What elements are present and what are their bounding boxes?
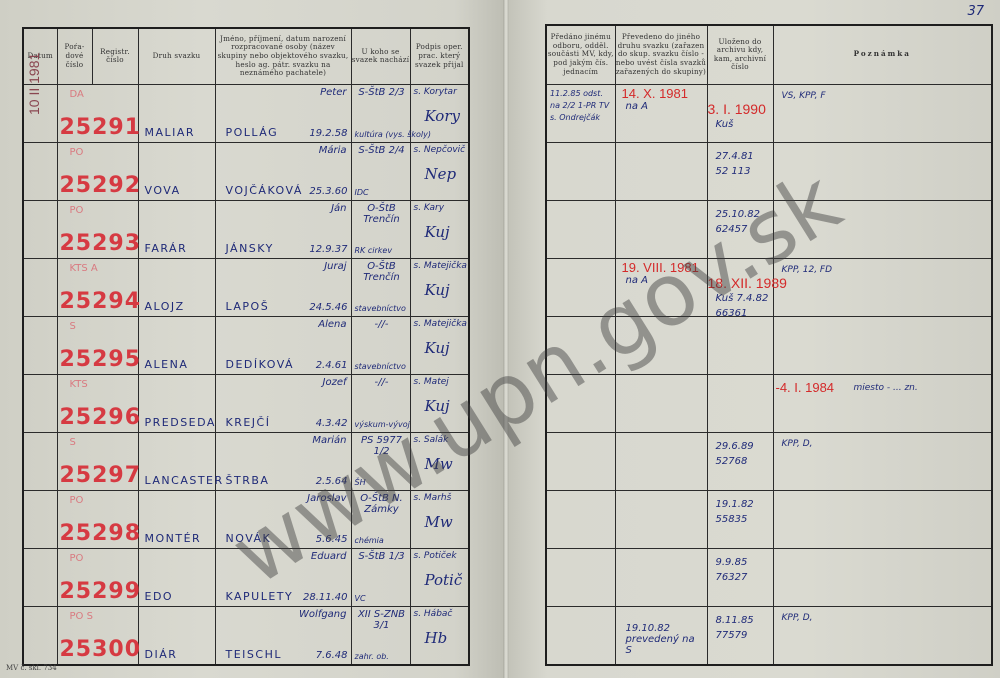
first-name: Juraj (324, 261, 346, 272)
sector: výskum-vývoj (355, 420, 410, 429)
person-cell: JozefKREJČÍ4.3.42 (215, 374, 351, 432)
surname: LAPOŠ (226, 300, 270, 313)
header-podpis: Podpis oper. prac. který svazek přijal (410, 28, 469, 84)
signature-cell: s. PotičekPotič (410, 548, 469, 606)
location-cell: O-ŠtB N. Zámkychémia (351, 490, 410, 548)
registration-cell: S25295 (57, 316, 138, 374)
surname: VOJČÁKOVÁ (226, 184, 303, 197)
sector: zahr. ob. (355, 652, 389, 661)
header-jmeno: Jméno, příjmení, datum narození rozpraco… (215, 28, 351, 84)
sector: chémia (355, 536, 384, 545)
file-codename: MALIAR (145, 126, 196, 139)
file-codename: EDO (145, 590, 174, 603)
datum-cell (23, 490, 57, 548)
location-cell: S-ŠtB 2/3kultúra (vys. školy) (351, 84, 410, 142)
register-row-continued (546, 316, 992, 374)
prevedeno-cell (615, 316, 707, 374)
datum-cell (23, 316, 57, 374)
unit: XII S-ZNB 3/1 (356, 609, 408, 631)
archive-number: 9.9.85 76327 (716, 555, 770, 585)
sector: ŠH (355, 478, 366, 487)
first-name: Mária (319, 145, 347, 156)
classification-mark: PO (70, 553, 84, 564)
person-cell: MariánŠTRBA2.5.64 (215, 432, 351, 490)
registration-number: 25299 (60, 579, 142, 604)
registration-cell: KTS25296 (57, 374, 138, 432)
datum-cell (23, 548, 57, 606)
officer-name: s. Matej (414, 377, 449, 387)
birth-date: 12.9.37 (309, 244, 347, 255)
classification-mark: S (70, 437, 76, 448)
register-row-continued: -4. I. 1984miesto - ... zn. (546, 374, 992, 432)
signature-cell: s. SalákMw (410, 432, 469, 490)
predano-cell (546, 606, 615, 665)
surname: JÁNSKY (226, 242, 274, 255)
note-text: KPP, D, (782, 613, 813, 623)
registration-number: 25295 (60, 347, 142, 372)
header-prevedeno: Převedeno do jiného druhu svazku (zařaze… (615, 25, 707, 84)
register-row-continued: 11.2.85 odst. na 2/2 1-PR TV s. Ondrejčá… (546, 84, 992, 142)
archiv-cell (707, 374, 773, 432)
registration-number: 25297 (60, 463, 142, 488)
poznamka-cell (773, 548, 992, 606)
datum-cell (23, 374, 57, 432)
classification-mark: DA (70, 89, 84, 100)
file-codename: MONTÉR (145, 532, 202, 545)
officer-signature: Nep (425, 165, 457, 183)
archive-number: 19.1.82 55835 (716, 497, 770, 527)
birth-date: 2.5.64 (316, 476, 348, 487)
datum-cell: 10 II 1981 (23, 142, 57, 200)
header-predano: Předáno jinému odboru, odděl. součásti M… (546, 25, 615, 84)
birth-date: 28.11.40 (303, 592, 348, 603)
officer-signature: Kuj (425, 339, 450, 357)
officer-name: s. Korytar (414, 87, 457, 97)
conversion-stamp: 14. X. 1981 (622, 86, 689, 101)
officer-signature: Kuj (425, 223, 450, 241)
prevedeno-cell: 19. VIII. 1981na A (615, 258, 707, 316)
druh-cell: EDO (138, 548, 215, 606)
prevedeno-cell (615, 490, 707, 548)
prevedeno-cell: 19.10.82 prevedený na S (615, 606, 707, 665)
register-row: PO25298MONTÉRJaroslavNOVÁK5.6.45O-ŠtB N.… (23, 490, 469, 548)
druh-cell: MONTÉR (138, 490, 215, 548)
signature-cell: s. KorytarKory (410, 84, 469, 142)
predano-cell (546, 258, 615, 316)
classification-mark: PO S (70, 611, 93, 622)
officer-name: s. Matejička (414, 261, 467, 271)
druh-cell: FARÁR (138, 200, 215, 258)
archive-number: 29.6.89 52768 (716, 439, 770, 469)
register-table-right: Předáno jinému odboru, odděl. součásti M… (545, 24, 993, 666)
file-codename: VOVA (145, 184, 181, 197)
signature-cell: s. MarhšMw (410, 490, 469, 548)
first-name: Alena (318, 319, 346, 330)
registration-cell: PO25298 (57, 490, 138, 548)
archiv-cell (707, 316, 773, 374)
person-cell: EduardKAPULETY28.11.40 (215, 548, 351, 606)
location-cell: -//-výskum-vývoj (351, 374, 410, 432)
file-codename: PREDSEDA (145, 416, 216, 429)
register-row-continued: 9.9.85 76327 (546, 548, 992, 606)
first-name: Peter (320, 87, 346, 98)
person-cell: JánJÁNSKY12.9.37 (215, 200, 351, 258)
register-row: DA25291MALIARPeterPOLLÁG19.2.58S-ŠtB 2/3… (23, 84, 469, 142)
first-name: Ján (331, 203, 346, 214)
archive-number: Kuš (716, 117, 770, 132)
poznamka-cell (773, 490, 992, 548)
sector: stavebníctvo (355, 362, 406, 371)
officer-name: s. Salák (414, 435, 449, 445)
note-stamp: -4. I. 1984 (776, 380, 835, 395)
unit: S-ŠtB 2/3 (356, 87, 408, 98)
register-row-continued: 19.1.82 55835 (546, 490, 992, 548)
classification-mark: PO (70, 147, 84, 158)
prevedeno-cell (615, 548, 707, 606)
archive-number: 25.10.82 62457 (716, 207, 770, 237)
officer-name: s. Marhš (414, 493, 452, 503)
predano-cell (546, 432, 615, 490)
conversion-note: na A (626, 101, 704, 112)
officer-signature: Potič (425, 571, 463, 589)
archiv-cell: 3. I. 1990Kuš (707, 84, 773, 142)
file-codename: ALOJZ (145, 300, 185, 313)
druh-cell: ALENA (138, 316, 215, 374)
datum-cell (23, 606, 57, 665)
unit: O-ŠtB Trenčín (356, 203, 408, 225)
note-text: KPP, D, (782, 439, 813, 449)
classification-mark: PO (70, 205, 84, 216)
left-table-body: DA25291MALIARPeterPOLLÁG19.2.58S-ŠtB 2/3… (23, 84, 469, 665)
person-cell: WolfgangTEISCHL7.6.48 (215, 606, 351, 665)
poznamka-cell (773, 142, 992, 200)
prevedeno-cell (615, 374, 707, 432)
signature-cell: s. NepčovičNep (410, 142, 469, 200)
sector: VC (355, 594, 366, 603)
surname: NOVÁK (226, 532, 272, 545)
druh-cell: DIÁR (138, 606, 215, 665)
location-cell: S-ŠtB 2/4IDC (351, 142, 410, 200)
predano-cell (546, 548, 615, 606)
location-cell: S-ŠtB 1/3VC (351, 548, 410, 606)
person-cell: JurajLAPOŠ24.5.46 (215, 258, 351, 316)
file-codename: FARÁR (145, 242, 188, 255)
sector: RK cirkev (355, 246, 393, 255)
archiv-cell: 29.6.89 52768 (707, 432, 773, 490)
birth-date: 4.3.42 (316, 418, 348, 429)
datum-cell (23, 200, 57, 258)
header-u-koho: U koho se svazek nachází (351, 28, 410, 84)
registration-number: 25298 (60, 521, 142, 546)
page-number: 37 (967, 4, 984, 19)
registration-number: 25300 (60, 637, 142, 662)
officer-name: s. Matejička (414, 319, 467, 329)
unit: S-ŠtB 2/4 (356, 145, 408, 156)
registration-number: 25292 (60, 173, 142, 198)
registration-number: 25296 (60, 405, 142, 430)
note-text: VS, KPP, F (782, 91, 826, 101)
druh-cell: ALOJZ (138, 258, 215, 316)
file-codename: DIÁR (145, 648, 178, 661)
birth-date: 24.5.46 (309, 302, 347, 313)
classification-mark: KTS (70, 379, 88, 390)
first-name: Jaroslav (307, 493, 346, 504)
register-row: PO25293FARÁRJánJÁNSKY12.9.37O-ŠtB Trenčí… (23, 200, 469, 258)
register-row: S25295ALENAAlenaDEDÍKOVÁ2.4.61-//-staveb… (23, 316, 469, 374)
transfer-note: 11.2.85 odst. na 2/2 1-PR TV s. Ondrejčá… (550, 88, 614, 124)
birth-date: 25.3.60 (309, 186, 347, 197)
right-table-body: 11.2.85 odst. na 2/2 1-PR TV s. Ondrejčá… (546, 84, 992, 665)
form-id: MV č. skl. 734 (6, 664, 57, 672)
header-druh-svazku: Druh svazku (138, 28, 215, 84)
registration-number: 25291 (60, 115, 142, 140)
druh-cell: MALIAR (138, 84, 215, 142)
archiv-cell: 18. XII. 1989Kuš 7.4.82 66361 (707, 258, 773, 316)
location-cell: O-ŠtB TrenčínRK cirkev (351, 200, 410, 258)
signature-cell: s. MatejKuj (410, 374, 469, 432)
poznamka-cell (773, 200, 992, 258)
conversion-note: 19.10.82 prevedený na S (626, 623, 704, 656)
registration-cell: KTS A25294 (57, 258, 138, 316)
register-table-left: Datum Poŕa-dové číslo Registr. číslo Dru… (22, 27, 470, 666)
officer-signature: Kuj (425, 397, 450, 415)
surname: DEDÍKOVÁ (226, 358, 295, 371)
officer-name: s. Nepčovič (414, 145, 466, 155)
right-header-row: Předáno jinému odboru, odděl. součásti M… (546, 25, 992, 84)
registration-cell: S25297 (57, 432, 138, 490)
person-cell: AlenaDEDÍKOVÁ2.4.61 (215, 316, 351, 374)
birth-date: 5.6.45 (316, 534, 348, 545)
datum-cell (23, 432, 57, 490)
register-row: KTS25296PREDSEDAJozefKREJČÍ4.3.42-//-výs… (23, 374, 469, 432)
officer-signature: Mw (425, 513, 453, 531)
header-registr-cislo: Registr. číslo (92, 28, 138, 84)
poznamka-cell: KPP, D, (773, 432, 992, 490)
surname: KAPULETY (226, 590, 294, 603)
officer-name: s. Hábač (414, 609, 453, 619)
location-cell: XII S-ZNB 3/1zahr. ob. (351, 606, 410, 665)
register-row-continued: 29.6.89 52768KPP, D, (546, 432, 992, 490)
registration-cell: PO25292 (57, 142, 138, 200)
surname: POLLÁG (226, 126, 279, 139)
unit: PS 5977 1/2 (356, 435, 408, 457)
prevedeno-cell: 14. X. 1981na A (615, 84, 707, 142)
archiv-cell: 19.1.82 55835 (707, 490, 773, 548)
archiv-cell: 9.9.85 76327 (707, 548, 773, 606)
signature-cell: s. KaryKuj (410, 200, 469, 258)
archiv-cell: 25.10.82 62457 (707, 200, 773, 258)
location-cell: O-ŠtB Trenčínstavebníctvo (351, 258, 410, 316)
first-name: Jozef (323, 377, 347, 388)
register-row: KTS A25294ALOJZJurajLAPOŠ24.5.46O-ŠtB Tr… (23, 258, 469, 316)
register-row-continued: 19.10.82 prevedený na S8.11.85 77579KPP,… (546, 606, 992, 665)
person-cell: JaroslavNOVÁK5.6.45 (215, 490, 351, 548)
predano-cell (546, 490, 615, 548)
register-row-continued: 27.4.81 52 113 (546, 142, 992, 200)
archive-stamp: 3. I. 1990 (708, 101, 766, 117)
signature-cell: s. MatejičkaKuj (410, 258, 469, 316)
registration-number: 25294 (60, 289, 142, 314)
note-text: KPP, 12, FD (782, 265, 833, 275)
file-codename: ALENA (145, 358, 189, 371)
register-row-continued: 19. VIII. 1981na A18. XII. 1989Kuš 7.4.8… (546, 258, 992, 316)
birth-date: 7.6.48 (316, 650, 348, 661)
poznamka-cell: -4. I. 1984miesto - ... zn. (773, 374, 992, 432)
unit: -//- (356, 377, 408, 388)
header-poradove-cislo: Poŕa-dové číslo (57, 28, 92, 84)
first-name: Wolfgang (299, 609, 346, 620)
surname: ŠTRBA (226, 474, 270, 487)
officer-signature: Kuj (425, 281, 450, 299)
register-row: 10 II 1981PO25292VOVAMáriaVOJČÁKOVÁ25.3.… (23, 142, 469, 200)
unit: O-ŠtB N. Zámky (356, 493, 408, 515)
archive-number: 27.4.81 52 113 (716, 149, 770, 179)
birth-date: 2.4.61 (316, 360, 348, 371)
predano-cell (546, 374, 615, 432)
archive-number: 8.11.85 77579 (716, 613, 770, 643)
birth-date: 19.2.58 (309, 128, 347, 139)
register-row: S25297LANCASTERMariánŠTRBA2.5.64PS 5977 … (23, 432, 469, 490)
conversion-stamp: 19. VIII. 1981 (622, 260, 699, 275)
predano-cell (546, 142, 615, 200)
poznamka-cell: KPP, D, (773, 606, 992, 665)
header-poznamka: Poznámka (773, 25, 992, 84)
surname: TEISCHL (226, 648, 282, 661)
datum-cell (23, 258, 57, 316)
prevedeno-cell (615, 432, 707, 490)
officer-name: s. Potiček (414, 551, 457, 561)
signature-cell: s. HábačHb (410, 606, 469, 665)
file-codename: LANCASTER (145, 474, 224, 487)
conversion-note: na A (626, 275, 704, 286)
officer-signature: Hb (425, 629, 448, 647)
poznamka-cell: VS, KPP, F (773, 84, 992, 142)
registration-cell: DA25291 (57, 84, 138, 142)
registration-cell: PO25299 (57, 548, 138, 606)
left-header-row: Datum Poŕa-dové číslo Registr. číslo Dru… (23, 28, 469, 84)
registration-cell: PO S25300 (57, 606, 138, 665)
poznamka-cell (773, 316, 992, 374)
prevedeno-cell (615, 200, 707, 258)
unit: O-ŠtB Trenčín (356, 261, 408, 283)
first-name: Marián (312, 435, 346, 446)
unit: S-ŠtB 1/3 (356, 551, 408, 562)
first-name: Eduard (311, 551, 347, 562)
unit: -//- (356, 319, 408, 330)
register-row: PO25299EDOEduardKAPULETY28.11.40S-ŠtB 1/… (23, 548, 469, 606)
predano-cell (546, 316, 615, 374)
officer-signature: Kory (425, 107, 460, 125)
archiv-cell: 8.11.85 77579 (707, 606, 773, 665)
officer-name: s. Kary (414, 203, 445, 213)
person-cell: PeterPOLLÁG19.2.58 (215, 84, 351, 142)
prevedeno-cell (615, 142, 707, 200)
classification-mark: S (70, 321, 76, 332)
poznamka-cell: KPP, 12, FD (773, 258, 992, 316)
registration-number: 25293 (60, 231, 142, 256)
note-text: miesto - ... zn. (854, 383, 918, 393)
registration-cell: PO25293 (57, 200, 138, 258)
druh-cell: PREDSEDA (138, 374, 215, 432)
classification-mark: PO (70, 495, 84, 506)
location-cell: PS 5977 1/2ŠH (351, 432, 410, 490)
predano-cell: 11.2.85 odst. na 2/2 1-PR TV s. Ondrejčá… (546, 84, 615, 142)
register-row: PO S25300DIÁRWolfgangTEISCHL7.6.48XII S-… (23, 606, 469, 665)
register-row-continued: 25.10.82 62457 (546, 200, 992, 258)
druh-cell: LANCASTER (138, 432, 215, 490)
surname: KREJČÍ (226, 416, 271, 429)
predano-cell (546, 200, 615, 258)
sector: IDC (355, 188, 369, 197)
location-cell: -//-stavebníctvo (351, 316, 410, 374)
sector: stavebníctvo (355, 304, 406, 313)
classification-mark: KTS A (70, 263, 98, 274)
druh-cell: VOVA (138, 142, 215, 200)
person-cell: MáriaVOJČÁKOVÁ25.3.60 (215, 142, 351, 200)
officer-signature: Mw (425, 455, 453, 473)
date-stamp: 10 II 1981 (26, 52, 42, 114)
book-gutter (503, 0, 509, 678)
signature-cell: s. MatejičkaKuj (410, 316, 469, 374)
header-ulozeno: Uloženo do archivu kdy, kam, archivní čí… (707, 25, 773, 84)
archiv-cell: 27.4.81 52 113 (707, 142, 773, 200)
